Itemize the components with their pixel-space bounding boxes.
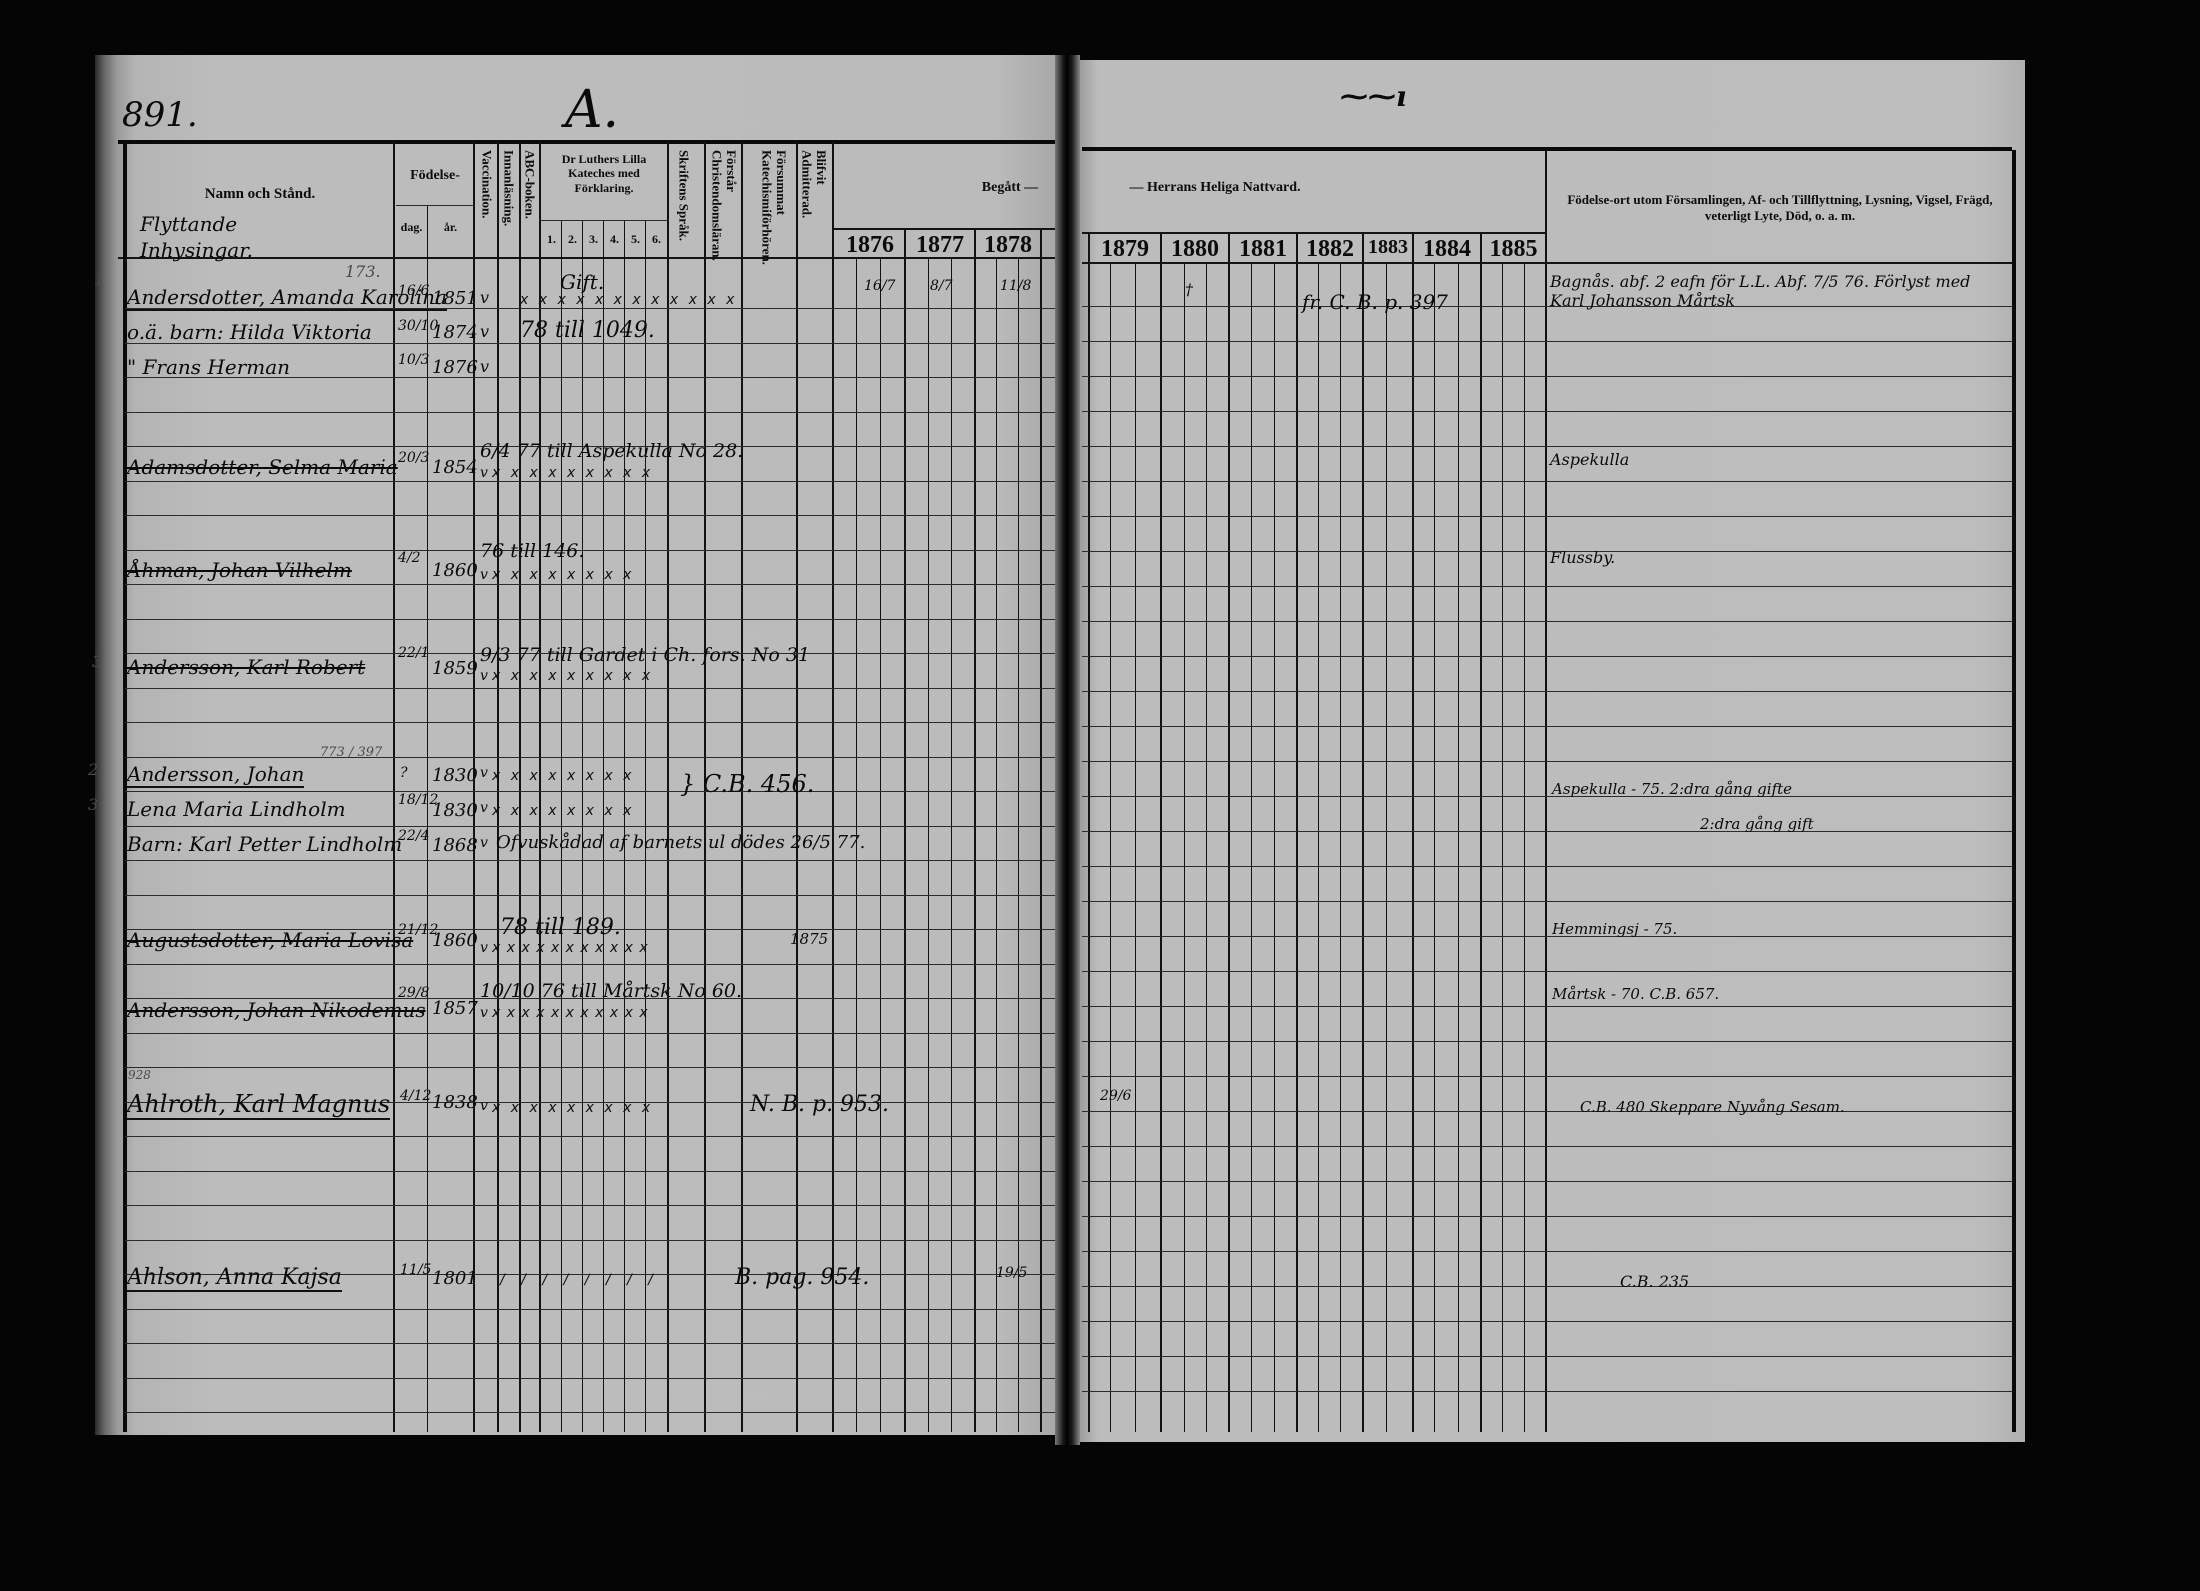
ruled-line [125, 1067, 1055, 1068]
ruled-line [1082, 481, 2012, 482]
entry-notes: N. B. p. 953. [750, 1092, 889, 1117]
year-1885: 1885 [1482, 236, 1545, 263]
entry-birth-day: 4/12 [400, 1088, 431, 1104]
section-letter: A. [565, 80, 619, 140]
entry-birth-day: 10/3 [398, 352, 429, 368]
col-line-1880 [1228, 232, 1230, 1432]
header-subheading-inhysingar: Inhysingar. [140, 238, 253, 262]
entry-vaccination: v [480, 668, 488, 684]
ruled-line [1082, 656, 2012, 657]
ruled-line [1082, 341, 2012, 342]
year-1877: 1877 [906, 232, 974, 259]
ruled-line [125, 619, 1055, 620]
margin-number: 3 [88, 795, 98, 814]
birth-subheader-rule [396, 205, 474, 206]
years-rule-left [834, 228, 1055, 230]
entry-notes: } C.B. 456. [680, 770, 814, 798]
header-cat-3: 3. [583, 232, 604, 246]
col-line-1879 [1160, 232, 1162, 1432]
entry-birth-year: 1868 [432, 835, 478, 856]
header-subheading-flyttande: Flyttande [140, 212, 237, 236]
entry-name: Barn: Karl Petter Lindholm [127, 832, 402, 856]
ruled-line [1082, 1321, 2012, 1322]
ruled-line [1082, 1076, 2012, 1077]
col-line-remarks [1545, 150, 1547, 1432]
header-cat-4: 4. [604, 232, 625, 246]
col-line-name [393, 142, 395, 1432]
entry-ref: 928 [128, 1068, 151, 1082]
entry-vaccination: v [480, 940, 488, 956]
ruled-line [125, 412, 1055, 413]
year-subline [951, 258, 952, 1432]
entry-birth-year: 1838 [432, 1092, 478, 1113]
ruled-line [125, 515, 1055, 516]
header-cat-5: 5. [625, 232, 646, 246]
ruled-line [1082, 1356, 2012, 1357]
communion-1877: 8/7 [930, 278, 953, 294]
entry-notes: Ofvuskådad af barnets ul dödes 26/5 77. [496, 832, 865, 853]
ruled-line [125, 688, 1055, 689]
entry-vaccination: v [480, 835, 488, 851]
entry-notes: 76 till 146. [480, 540, 584, 562]
entry-birth-year: 1874 [432, 322, 478, 343]
ruled-line [1082, 761, 2012, 762]
header-birth-year: år. [428, 220, 473, 234]
entry-birth-day: ? [400, 765, 408, 781]
entry-birth-year: 1854 [432, 457, 478, 478]
entry-ref: 173. [345, 262, 381, 281]
header-birth-day: dag. [396, 220, 427, 234]
entry-catechism-marks: x x x x x x x x x x x x [520, 292, 737, 308]
entry-catechism-marks: x x x x x x x x x [492, 1100, 653, 1116]
communion-1880: † [1185, 280, 1193, 299]
ruled-line [125, 1240, 1055, 1241]
col-line-right-border [2012, 150, 2016, 1432]
entry-remarks: 2:dra gång gift [1700, 815, 1814, 833]
entry-birth-day: 11/5 [400, 1262, 431, 1278]
header-skriftens-sprak: Skriftens Språk. [676, 150, 690, 255]
col-line-1882 [1362, 232, 1364, 1432]
header-communion-left: Begått — [960, 180, 1060, 197]
year-subline [1458, 262, 1459, 1432]
entry-birth-year: 1830 [432, 800, 478, 821]
ruled-line [125, 722, 1055, 723]
col-line-admitt [832, 142, 834, 1432]
entry-name: Andersson, Johan [127, 762, 304, 788]
year-1884: 1884 [1414, 236, 1480, 263]
year-subline [928, 258, 929, 1432]
ruled-line [1082, 1146, 2012, 1147]
ruled-line [1082, 971, 2012, 972]
ruled-line [1082, 1006, 2012, 1007]
year-subline [1135, 262, 1136, 1432]
col-line-cat6 [667, 142, 669, 1432]
entry-birth-year: 1859 [432, 658, 478, 679]
ruled-line [1082, 831, 2012, 832]
ruled-line [1082, 376, 2012, 377]
entry-name: Adamsdotter, Selma Maria [127, 455, 398, 479]
communion-1878: 19/5 [996, 1265, 1027, 1281]
entry-birth-day: 20/3 [398, 450, 429, 466]
entry-notes: Gift. [560, 270, 604, 294]
margin-number: 2 [88, 760, 98, 779]
col-line-1879-start [1088, 232, 1090, 1432]
entry-vaccination: v [480, 1098, 488, 1114]
year-1876: 1876 [836, 232, 904, 259]
entry-birth-year: 1876 [432, 357, 478, 378]
entry-catechism-marks: x x x x x x x x x x x [492, 940, 649, 956]
year-subline [1206, 262, 1207, 1432]
entry-notes: 6/4 77 till Aspekulla No 28. [480, 440, 743, 462]
ruled-line [125, 481, 1055, 482]
year-1881: 1881 [1230, 236, 1296, 263]
col-line-1883 [1412, 232, 1414, 1432]
entry-remarks: Aspekulla [1550, 450, 1629, 469]
ruled-line [1082, 796, 2012, 797]
entry-remarks: Aspekulla - 75. 2:dra gång gifte [1552, 780, 1792, 798]
ruled-line [125, 1343, 1055, 1344]
book-gutter [1055, 55, 1080, 1445]
year-subline [1110, 262, 1111, 1432]
entry-vaccination: v [480, 465, 488, 481]
entry-birth-day: 16/6 [398, 283, 429, 299]
right-page [1080, 60, 2025, 1442]
ruled-line [1082, 516, 2012, 517]
year-subline [1434, 262, 1435, 1432]
entry-name: Ahlroth, Karl Magnus [127, 1090, 390, 1120]
year-subline [996, 258, 997, 1432]
catechism-subheader-rule [541, 220, 667, 221]
ruled-line [1082, 866, 2012, 867]
year-subline [1318, 262, 1319, 1432]
ruled-line [125, 1205, 1055, 1206]
ruled-line [125, 1033, 1055, 1034]
header-cat-1: 1. [541, 232, 562, 246]
ruled-line [125, 1136, 1055, 1137]
year-1880: 1880 [1162, 236, 1228, 263]
ruled-line [1082, 446, 2012, 447]
entry-name: o.ä. barn: Hilda Viktoria [127, 320, 372, 344]
entry-vaccination: v [480, 357, 489, 376]
entry-name: Ahlson, Anna Kajsa [127, 1265, 342, 1292]
col-line-vacc [497, 142, 499, 1432]
entry-notes: B. pag. 954. [735, 1265, 869, 1290]
entry-birth-year: 1801 [432, 1268, 478, 1289]
ruled-line [1082, 1111, 2012, 1112]
entry-catechism-marks: x x x x x x x x [492, 768, 634, 784]
ruled-line [125, 1309, 1055, 1310]
ruled-line [125, 860, 1055, 861]
communion-1879: 29/6 [1100, 1088, 1131, 1104]
col-line-1881 [1296, 232, 1298, 1432]
ruled-line [1082, 1286, 2012, 1287]
header-top-rule-left [118, 140, 1055, 144]
col-line-1876 [904, 228, 906, 1432]
entry-name: Åhman, Johan Vilhelm [127, 558, 352, 582]
year-subline [1018, 258, 1019, 1432]
ruled-line [125, 895, 1055, 896]
ruled-line [125, 1378, 1055, 1379]
entry-vaccination: v [480, 288, 489, 307]
header-communion-right: — Herrans Heliga Nattvard. [1100, 180, 1330, 197]
entry-ref: 773 / 397 [320, 745, 382, 760]
header-abc: ABC-boken. [522, 150, 536, 250]
year-subline [1502, 262, 1503, 1432]
entry-birth-day: 22/1 [398, 645, 429, 661]
header-cat-2: 2. [562, 232, 583, 246]
year-1878: 1878 [976, 232, 1040, 259]
entry-catechism-marks: x x x x x x x x x [492, 668, 653, 684]
ruled-line [125, 584, 1055, 585]
entry-remarks: Mårtsk - 70. C.B. 657. [1552, 985, 1719, 1003]
year-1879: 1879 [1090, 236, 1160, 263]
ruled-line [125, 550, 1055, 551]
ruled-line [1082, 621, 2012, 622]
ruled-line [1082, 901, 2012, 902]
header-top-rule-right [1082, 147, 2012, 151]
col-line-1878 [1040, 228, 1042, 1432]
entry-vaccination: v [480, 800, 488, 816]
entry-catechism-marks: x x x x x x x x [492, 567, 634, 583]
margin-number: 3 [92, 652, 102, 671]
header-forsummat: Försummat Katechismiförhören. [752, 150, 788, 255]
entry-birth-year: 1860 [432, 930, 478, 951]
col-line-1884 [1480, 232, 1482, 1432]
ruled-line [1082, 726, 2012, 727]
header-catechism: Dr Luthers Lilla Kateches med Förklaring… [541, 152, 667, 195]
entry-vaccination: v [480, 567, 488, 583]
ruled-line [1082, 551, 2012, 552]
entry-remarks: Bagnås. abf. 2 eafn för L.L. Abf. 7/5 76… [1550, 272, 2005, 310]
year-subline [1274, 262, 1275, 1432]
entry-birth-day: 22/4 [398, 828, 429, 844]
years-rule-right [1082, 232, 1545, 234]
year-subline [880, 258, 881, 1432]
entry-name: Andersson, Johan Nikodemus [127, 998, 426, 1022]
entry-birth-day: 4/2 [398, 550, 421, 566]
header-name: Namn och Stånd. [150, 185, 370, 203]
page-number: 891. [122, 95, 198, 135]
margin-number: 1 [94, 270, 104, 289]
entry-catechism-marks: x x x x x x x x [492, 803, 634, 819]
ruled-line [125, 1412, 1055, 1413]
entry-notes: 78 till 189. [500, 915, 621, 940]
entry-birth-year: 1857 [432, 998, 478, 1019]
entry-catechism-marks: / / / / / / / / [500, 1272, 659, 1288]
year-subline [1251, 262, 1252, 1432]
entry-vaccination: v [480, 765, 488, 781]
left-page [95, 55, 1055, 1435]
entry-name: Augustsdotter, Maria Lovisa [127, 928, 413, 952]
entry-birth-year: 1851 [432, 288, 478, 309]
entry-birth-day: 29/8 [398, 985, 429, 1001]
communion-1878: 11/8 [1000, 278, 1031, 294]
header-remarks: Födelse-ort utom Församlingen, Af- och T… [1550, 192, 2010, 223]
ruled-line [1082, 1216, 2012, 1217]
ruled-line [1082, 936, 2012, 937]
ruled-line [1082, 1041, 2012, 1042]
entry-birth-year: 1830 [432, 765, 478, 786]
ruled-line [1082, 411, 2012, 412]
ruled-line [1082, 691, 2012, 692]
year-1882: 1882 [1298, 236, 1362, 263]
entry-remarks: C.B. 480 Skeppare Nyvång Sesam. [1580, 1098, 1845, 1116]
entry-remarks: Flussby. [1550, 548, 1615, 567]
entry-notes: 9/3 77 till Gardet i Ch. fors. No 31 [480, 644, 810, 666]
header-admitterad: Blifvit Admitterad. [800, 150, 828, 255]
entry-vaccination: v [480, 322, 489, 341]
year-subline [1340, 262, 1341, 1432]
entry-vaccination: v [480, 1005, 488, 1021]
year-subline [1184, 262, 1185, 1432]
header-innanlasning: Innanläsning. [501, 150, 515, 250]
entry-name: Andersson, Karl Robert [127, 655, 365, 679]
entry-name: Lena Maria Lindholm [127, 797, 346, 821]
entry-catechism-marks: x x x x x x x x x x x [492, 1005, 649, 1021]
entry-notes: 10/10 76 till Mårtsk No 60. [480, 980, 742, 1002]
header-birth: Födelse- [396, 168, 474, 185]
ruled-line [125, 964, 1055, 965]
communion-1876: 16/7 [864, 278, 895, 294]
col-line-1877 [974, 228, 976, 1432]
entry-remarks: C.B. 235 [1620, 1272, 1689, 1291]
ruled-line [1082, 1251, 2012, 1252]
entry-remarks: Hemmingsj - 75. [1552, 920, 1677, 938]
ruled-line [1082, 586, 2012, 587]
ruled-line [125, 791, 1055, 792]
ruled-line [125, 826, 1055, 827]
year-subline [1386, 262, 1387, 1432]
ruled-line [125, 757, 1055, 758]
header-forstar: Förstår Christendomsläran. [708, 150, 738, 255]
ruled-line [1082, 1181, 2012, 1182]
entry-birth-year: 1860 [432, 560, 478, 581]
entry-catechism-marks: x x x x x x x x x [492, 465, 653, 481]
ruled-line [1082, 1391, 2012, 1392]
col-line-dag [427, 205, 428, 1432]
entry-admitted: 1875 [790, 930, 828, 948]
year-subline [1524, 262, 1525, 1432]
ruled-line [125, 1171, 1055, 1172]
header-vaccination: Vaccination. [479, 150, 493, 250]
header-cat-6: 6. [646, 232, 667, 246]
entry-notes: 78 till 1049. [520, 318, 655, 343]
communion-1882: fr. C. B. p. 397 [1302, 290, 1448, 314]
year-1883: 1883 [1364, 236, 1412, 259]
entry-name: " Frans Herman [127, 355, 290, 379]
header-mark: ⁓⁓ı [1340, 80, 1407, 113]
